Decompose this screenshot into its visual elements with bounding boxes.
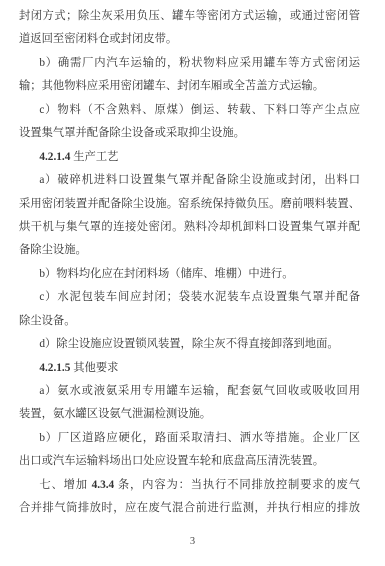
text-run: b）确需厂内汽车运输的，粉状物料应采用罐车等方式密闭运 bbox=[39, 57, 360, 69]
text-run: c）水泥包装车间应封闭；袋装水泥装车点设置集气罩并配备 bbox=[39, 291, 360, 303]
text-run: 条，内容为：当执行不同排放控制要求的废气 bbox=[114, 479, 360, 491]
text-line: c）水泥包装车间应封闭；袋装水泥装车点设置集气罩并配备 bbox=[19, 286, 360, 309]
text-run: a）氨水或液氨采用专用罐车运输，配套氨气回收或吸收回用 bbox=[39, 385, 360, 397]
text-line: 道返回至密闭料仓或封闭皮带。 bbox=[19, 28, 360, 51]
text-run: a）破碎机进料口设置集气罩并配备除尘设施或封闭，出料口 bbox=[39, 174, 360, 186]
text-run: 七、增加 bbox=[39, 479, 91, 491]
text-line: 七、增加 4.3.4 条，内容为：当执行不同排放控制要求的废气 bbox=[19, 474, 360, 497]
text-line: 烘干机与集气罩的连接处密闭。熟料冷却机卸料口设置集气罩并配 bbox=[19, 216, 360, 239]
text-run: 设置集气罩并配备除尘设备或采取抑尘设施。 bbox=[19, 127, 245, 139]
text-run: b）物料均化应在封闭料场（储库、堆棚）中进行。 bbox=[39, 268, 293, 280]
document-lines: 封闭方式；除尘灰采用负压、罐车等密闭方式运输，或通过密闭管道返回至密闭料仓或封闭… bbox=[19, 5, 360, 521]
section-number: 4.3.4 bbox=[92, 479, 115, 491]
text-line: b）确需厂内汽车运输的，粉状物料应采用罐车等方式密闭运 bbox=[19, 52, 360, 75]
text-run: b）厂区道路应硬化，路面采取清扫、洒水等措施。企业厂区 bbox=[39, 432, 360, 444]
text-line: a）氨水或液氨采用专用罐车运输，配套氨气回收或吸收回用 bbox=[19, 380, 360, 403]
text-run: 合并排气筒排放时，应在废气混合前进行监测，并执行相应的排放 bbox=[19, 502, 360, 514]
text-line: 装置，氨水罐区设氨气泄漏检测设施。 bbox=[19, 403, 360, 426]
page-number: 3 bbox=[0, 536, 385, 547]
section-number: 4.2.1.5 bbox=[39, 362, 73, 374]
text-line: 设置集气罩并配备除尘设备或采取抑尘设施。 bbox=[19, 122, 360, 145]
text-line: d）除尘设施应设置锁风装置，除尘灰不得直接卸落到地面。 bbox=[19, 333, 360, 356]
text-run: 采用密闭装置并配备除尘设施。窑系统保持微负压。磨前喂料装置、 bbox=[19, 198, 360, 210]
text-run: 烘干机与集气罩的连接处密闭。熟料冷却机卸料口设置集气罩并配 bbox=[19, 221, 360, 233]
document-page: 封闭方式；除尘灰采用负压、罐车等密闭方式运输，或通过密闭管道返回至密闭料仓或封闭… bbox=[0, 0, 385, 566]
text-line: 合并排气筒排放时，应在废气混合前进行监测，并执行相应的排放 bbox=[19, 497, 360, 520]
text-line: 输；其他物料应采用密闭罐车、封闭车厢或全苫盖方式运输。 bbox=[19, 75, 360, 98]
text-run: 其他要求 bbox=[73, 362, 118, 374]
text-run: 出口或汽车运输料场出口处应设置车轮和底盘高压清洗装置。 bbox=[19, 455, 324, 467]
text-run: 封闭方式；除尘灰采用负压、罐车等密闭方式运输，或通过密闭管 bbox=[19, 10, 360, 22]
text-run: 备除尘设施。 bbox=[19, 244, 87, 256]
text-run: d）除尘设施应设置锁风装置，除尘灰不得直接卸落到地面。 bbox=[39, 338, 338, 350]
text-run: 装置，氨水罐区设氨气泄漏检测设施。 bbox=[19, 408, 211, 420]
text-run: 生产工艺 bbox=[73, 151, 118, 163]
section-number: 4.2.1.4 bbox=[39, 151, 73, 163]
text-line: a）破碎机进料口设置集气罩并配备除尘设施或封闭，出料口 bbox=[19, 169, 360, 192]
text-run: 输；其他物料应采用密闭罐车、封闭车厢或全苫盖方式运输。 bbox=[19, 80, 324, 92]
text-line: 除尘设备。 bbox=[19, 310, 360, 333]
text-line: 备除尘设施。 bbox=[19, 239, 360, 262]
text-line: 4.2.1.4 生产工艺 bbox=[19, 146, 360, 169]
text-line: c）物料（不含熟料、原煤）倒运、转载、下料口等产尘点应 bbox=[19, 99, 360, 122]
text-line: 采用密闭装置并配备除尘设施。窑系统保持微负压。磨前喂料装置、 bbox=[19, 193, 360, 216]
text-run: 道返回至密闭料仓或封闭皮带。 bbox=[19, 33, 177, 45]
text-line: b）物料均化应在封闭料场（储库、堆棚）中进行。 bbox=[19, 263, 360, 286]
text-line: b）厂区道路应硬化，路面采取清扫、洒水等措施。企业厂区 bbox=[19, 427, 360, 450]
text-line: 封闭方式；除尘灰采用负压、罐车等密闭方式运输，或通过密闭管 bbox=[19, 5, 360, 28]
text-line: 4.2.1.5 其他要求 bbox=[19, 357, 360, 380]
text-run: 除尘设备。 bbox=[19, 315, 76, 327]
text-line: 出口或汽车运输料场出口处应设置车轮和底盘高压清洗装置。 bbox=[19, 450, 360, 473]
text-run: c）物料（不含熟料、原煤）倒运、转载、下料口等产尘点应 bbox=[39, 104, 360, 116]
